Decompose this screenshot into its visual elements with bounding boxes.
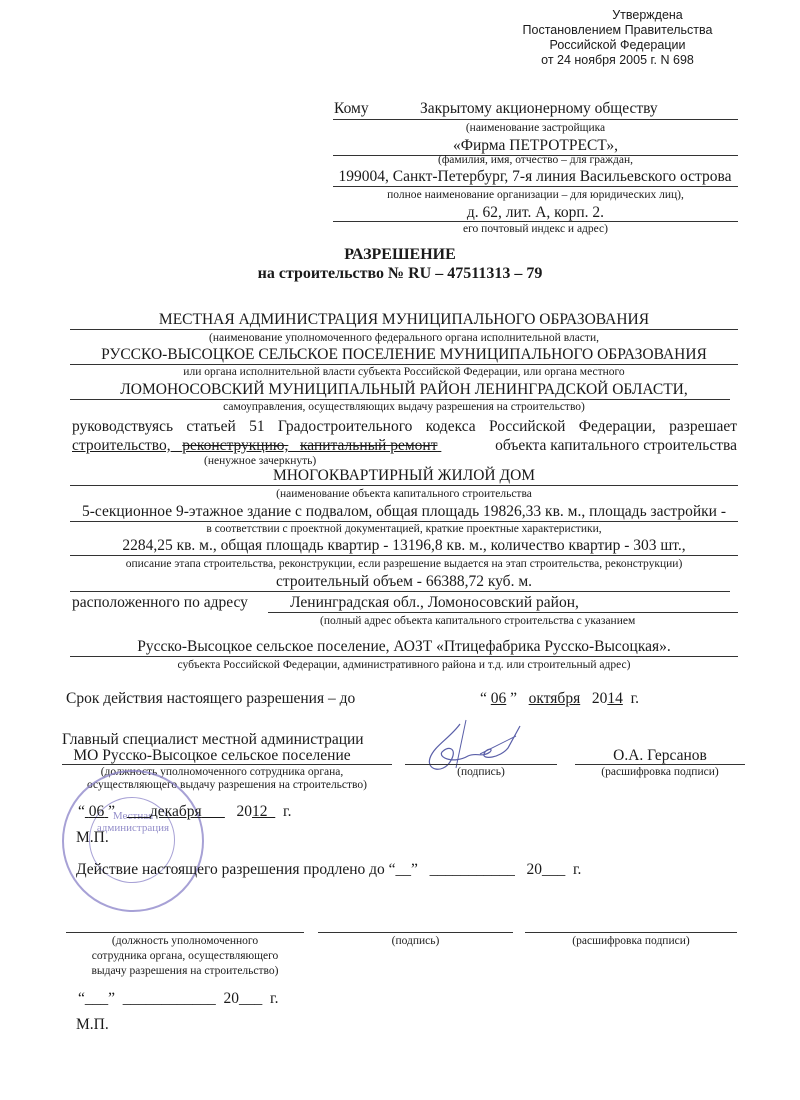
validity-date: “ 06 ” октября 2014 г.: [480, 690, 639, 708]
address-caption-2: субъекта Российской Федерации, администр…: [70, 659, 738, 671]
issue-day: 06: [85, 803, 108, 820]
address-caption-1: (полный адрес объекта капитального строи…: [320, 615, 635, 627]
recipient-value-4: д. 62, лит. А, корп. 2.: [333, 204, 738, 222]
object-name-caption: (наименование объекта капитального строи…: [70, 488, 738, 500]
approval-line-2: Постановлением Правительства: [505, 23, 730, 38]
permission-line-2: строительство, реконструкцию, капитальны…: [72, 437, 737, 455]
extension-signature-line[interactable]: [318, 932, 513, 933]
validity-month: октября: [529, 690, 581, 707]
seal-label-2: М.П.: [76, 1016, 109, 1034]
authority-caption-3: самоуправления, осуществляющих выдачу ра…: [70, 401, 738, 413]
permission-line-1: руководствуясь статьей 51 Градостроитель…: [72, 418, 737, 436]
recipient-caption-4: его почтовый индекс и адрес): [333, 223, 738, 235]
permit-number: на строительство № RU – 47511313 – 79: [200, 265, 600, 283]
extension-text: Действие настоящего разрешения продлено …: [76, 861, 385, 878]
address-value-1: Ленинградская обл., Ломоносовский район,: [290, 594, 579, 612]
extension-day-field[interactable]: __: [396, 861, 412, 878]
signatory-position-2: МО Русско-Высоцкое сельское поселение: [62, 747, 362, 765]
signatory-name-line: [575, 764, 745, 765]
extension-name-caption: (расшифровка подписи): [525, 935, 737, 947]
authority-value-2: РУССКО-ВЫСОЦКОЕ СЕЛЬСКОЕ ПОСЕЛЕНИЕ МУНИЦ…: [70, 346, 738, 364]
object-name: МНОГОКВАРТИРНЫЙ ЖИЛОЙ ДОМ: [70, 467, 738, 485]
issue-month: декабря: [127, 803, 225, 820]
address-line-1: [268, 612, 738, 613]
approval-header: Утверждена Постановлением Правительства …: [505, 8, 730, 68]
validity-day: 06: [491, 690, 507, 707]
object-desc-3: строительный объем - 66388,72 куб. м.: [70, 573, 738, 591]
object-desc-line-2: [70, 555, 738, 556]
recipient-caption-3: полное наименование организации – для юр…: [333, 189, 738, 201]
recipient-line-4: [333, 221, 738, 222]
recipient-line-1: [333, 119, 738, 120]
strike-note: (ненужное зачеркнуть): [204, 455, 316, 467]
extension-position-caption-1: (должность уполномоченного: [66, 935, 304, 947]
approval-line-1: Утверждена: [505, 8, 730, 23]
object-desc-caption-2: описание этапа строительства, реконструк…: [70, 558, 738, 570]
address-line-2: [70, 656, 738, 657]
validity-year: 14: [607, 690, 623, 707]
issue-date: “ 06 ” декабря 2012 г.: [78, 803, 291, 821]
recipient-value-3: 199004, Санкт-Петербург, 7-я линия Васил…: [329, 168, 741, 186]
extension-name-line[interactable]: [525, 932, 737, 933]
extension-date: “___” ____________ 20___ г.: [78, 990, 279, 1008]
extension-signature-caption: (подпись): [318, 935, 513, 947]
object-desc-2: 2284,25 кв. м., общая площадь квартир - …: [70, 537, 738, 555]
validity-label: Срок действия настоящего разрешения – до: [66, 690, 355, 708]
extension-position-line[interactable]: [66, 932, 304, 933]
object-desc-line-3: [70, 591, 730, 592]
permission-object-text: объекта капитального строительства: [495, 437, 737, 455]
recipient-line-3: [333, 186, 738, 187]
extension-date-day-field[interactable]: ___: [85, 990, 108, 1007]
approval-line-3: Российской Федерации: [505, 38, 730, 53]
recipient-value-2: «Фирма ПЕТРОТРЕСТ»,: [333, 137, 738, 155]
permission-option-construction: строительство, реконструкцию, капитальны…: [72, 437, 441, 455]
address-value-2: Русско-Высоцкое сельское поселение, АОЗТ…: [70, 638, 738, 656]
authority-line-1: [70, 329, 738, 330]
object-desc-caption-1: в соответствии с проектной документацией…: [70, 523, 738, 535]
authority-caption-2: или органа исполнительной власти субъект…: [70, 366, 738, 378]
authority-value-3: ЛОМОНОСОВСКИЙ МУНИЦИПАЛЬНЫЙ РАЙОН ЛЕНИНГ…: [70, 381, 738, 399]
seal-label: М.П.: [76, 829, 109, 847]
signatory-name-caption: (расшифровка подписи): [575, 766, 745, 778]
object-desc-1: 5-секционное 9-этажное здание с подвалом…: [66, 503, 742, 521]
authority-line-2: [70, 364, 738, 365]
recipient-label: Кому: [334, 100, 369, 118]
extension-year-field[interactable]: ___: [542, 861, 565, 878]
permission-option-capital-repair: капитальный ремонт: [300, 437, 437, 454]
document-title: РАЗРЕШЕНИЕ: [200, 246, 600, 264]
signatory-name: О.А. Герсанов: [580, 747, 740, 765]
object-desc-line-1: [70, 521, 738, 522]
authority-line-3: [70, 399, 730, 400]
signature-line: [405, 764, 557, 765]
signature-caption: (подпись): [405, 766, 557, 778]
address-label: расположенного по адресу: [72, 594, 248, 612]
extension-date-month-field[interactable]: ____________: [123, 990, 216, 1007]
object-name-line: [70, 485, 738, 486]
recipient-caption-2: (фамилия, имя, отчество – для граждан,: [333, 154, 738, 166]
permission-option-reconstruction: реконструкцию,: [182, 437, 288, 454]
extension-line: Действие настоящего разрешения продлено …: [76, 861, 581, 879]
extension-position-caption-2: сотрудника органа, осуществляющего: [66, 950, 304, 962]
signatory-position-line: [62, 764, 392, 765]
approval-line-4: от 24 ноября 2005 г. N 698: [505, 53, 730, 68]
extension-month-field[interactable]: ___________: [430, 861, 515, 878]
issue-year: 12: [252, 803, 275, 820]
authority-caption-1: (наименование уполномоченного федерально…: [70, 332, 738, 344]
authority-value-1: МЕСТНАЯ АДМИНИСТРАЦИЯ МУНИЦИПАЛЬНОГО ОБР…: [70, 311, 738, 329]
recipient-caption-1: (наименование застройщика: [333, 122, 738, 134]
recipient-value-1: Закрытому акционерному обществу: [420, 100, 658, 118]
extension-date-year-field[interactable]: ___: [239, 990, 262, 1007]
extension-position-caption-3: выдачу разрешения на строительство): [66, 965, 304, 977]
